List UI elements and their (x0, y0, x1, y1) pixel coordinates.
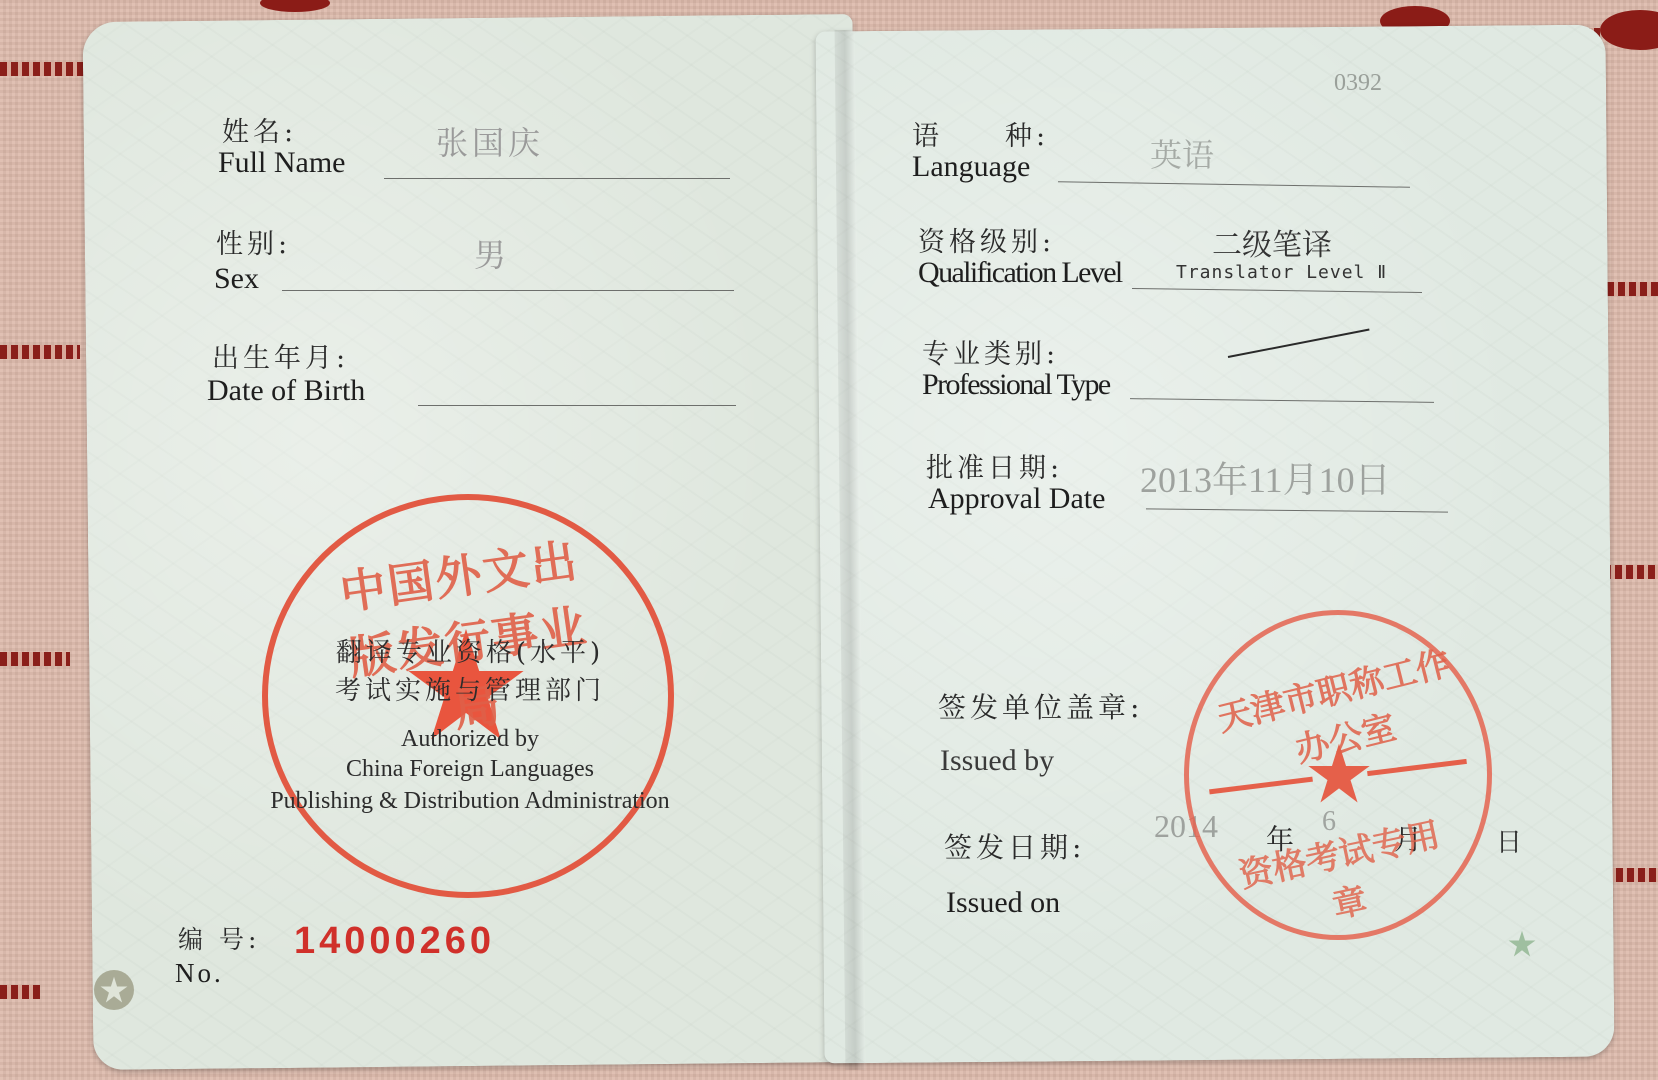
qualification-value-cn: 二级笔译 (1212, 220, 1332, 264)
qualification-label-cn: 资格级别: (918, 220, 1055, 259)
right-seal-bar (1367, 759, 1467, 776)
emblem-star-icon (94, 970, 134, 1010)
cloth-stripe (0, 62, 95, 76)
sex-label-en: Sex (214, 262, 259, 296)
emblem-star-icon (1508, 930, 1536, 962)
cloth-stripe (0, 985, 40, 999)
professional-type-label-en: Professional Type (922, 368, 1110, 402)
certificate-serial-number: 14000260 (294, 920, 495, 963)
sex-label-cn: 性别: (216, 222, 291, 261)
full-name-label-cn: 姓名: (222, 110, 297, 149)
full-name-label-en: Full Name (218, 146, 346, 180)
issued-by-label-cn: 签发单位盖章: (938, 686, 1143, 726)
issued-on-label-en: Issued on (946, 886, 1060, 920)
approval-date-label-cn: 批准日期: (926, 446, 1063, 485)
issued-on-label-cn: 签发日期: (944, 826, 1085, 866)
dob-label-cn: 出生年月: (212, 336, 349, 375)
approval-date-label-en: Approval Date (928, 482, 1105, 516)
cloth-stripe (0, 652, 70, 666)
left-seal-inner-line2: 考试实施与管理部门 (290, 670, 650, 707)
approval-date-value: 2013年11月10日 (1140, 452, 1391, 503)
issued-on-day-unit: 日 (1496, 822, 1522, 859)
language-label-en: Language (912, 150, 1030, 184)
full-name-underline (384, 178, 730, 179)
page-code: 0392 (1334, 70, 1382, 97)
cloth-blob (260, 0, 330, 12)
number-label-cn: 编 号: (178, 920, 260, 956)
language-label-cn: 语 种: (912, 114, 1049, 153)
right-official-seal: 天津市职称工作办公室 资格考试专用章 (1184, 610, 1492, 940)
left-seal-inner-line1: 翻译专业资格(水平) (290, 632, 650, 669)
sex-value: 男 (474, 230, 506, 276)
qualification-label-en: Qualification Level (918, 256, 1122, 290)
dob-underline (418, 405, 736, 406)
left-seal-en-line2: China Foreign Languages (290, 756, 650, 783)
cloth-stripe (0, 345, 80, 359)
left-seal-en-line3: Publishing & Distribution Administration (220, 788, 720, 815)
dob-label-en: Date of Birth (207, 374, 365, 408)
number-label-en: No. (175, 958, 224, 989)
professional-type-label-cn: 专业类别: (922, 332, 1059, 371)
full-name-value: 张国庆 (436, 118, 544, 164)
qualification-value-en: Translator Level Ⅱ (1176, 262, 1387, 283)
issued-by-label-en: Issued by (940, 744, 1054, 778)
cloth-blob (1600, 10, 1658, 50)
sex-underline (282, 290, 734, 291)
left-seal-en-line1: Authorized by (290, 726, 650, 753)
language-value: 英语 (1150, 130, 1214, 176)
